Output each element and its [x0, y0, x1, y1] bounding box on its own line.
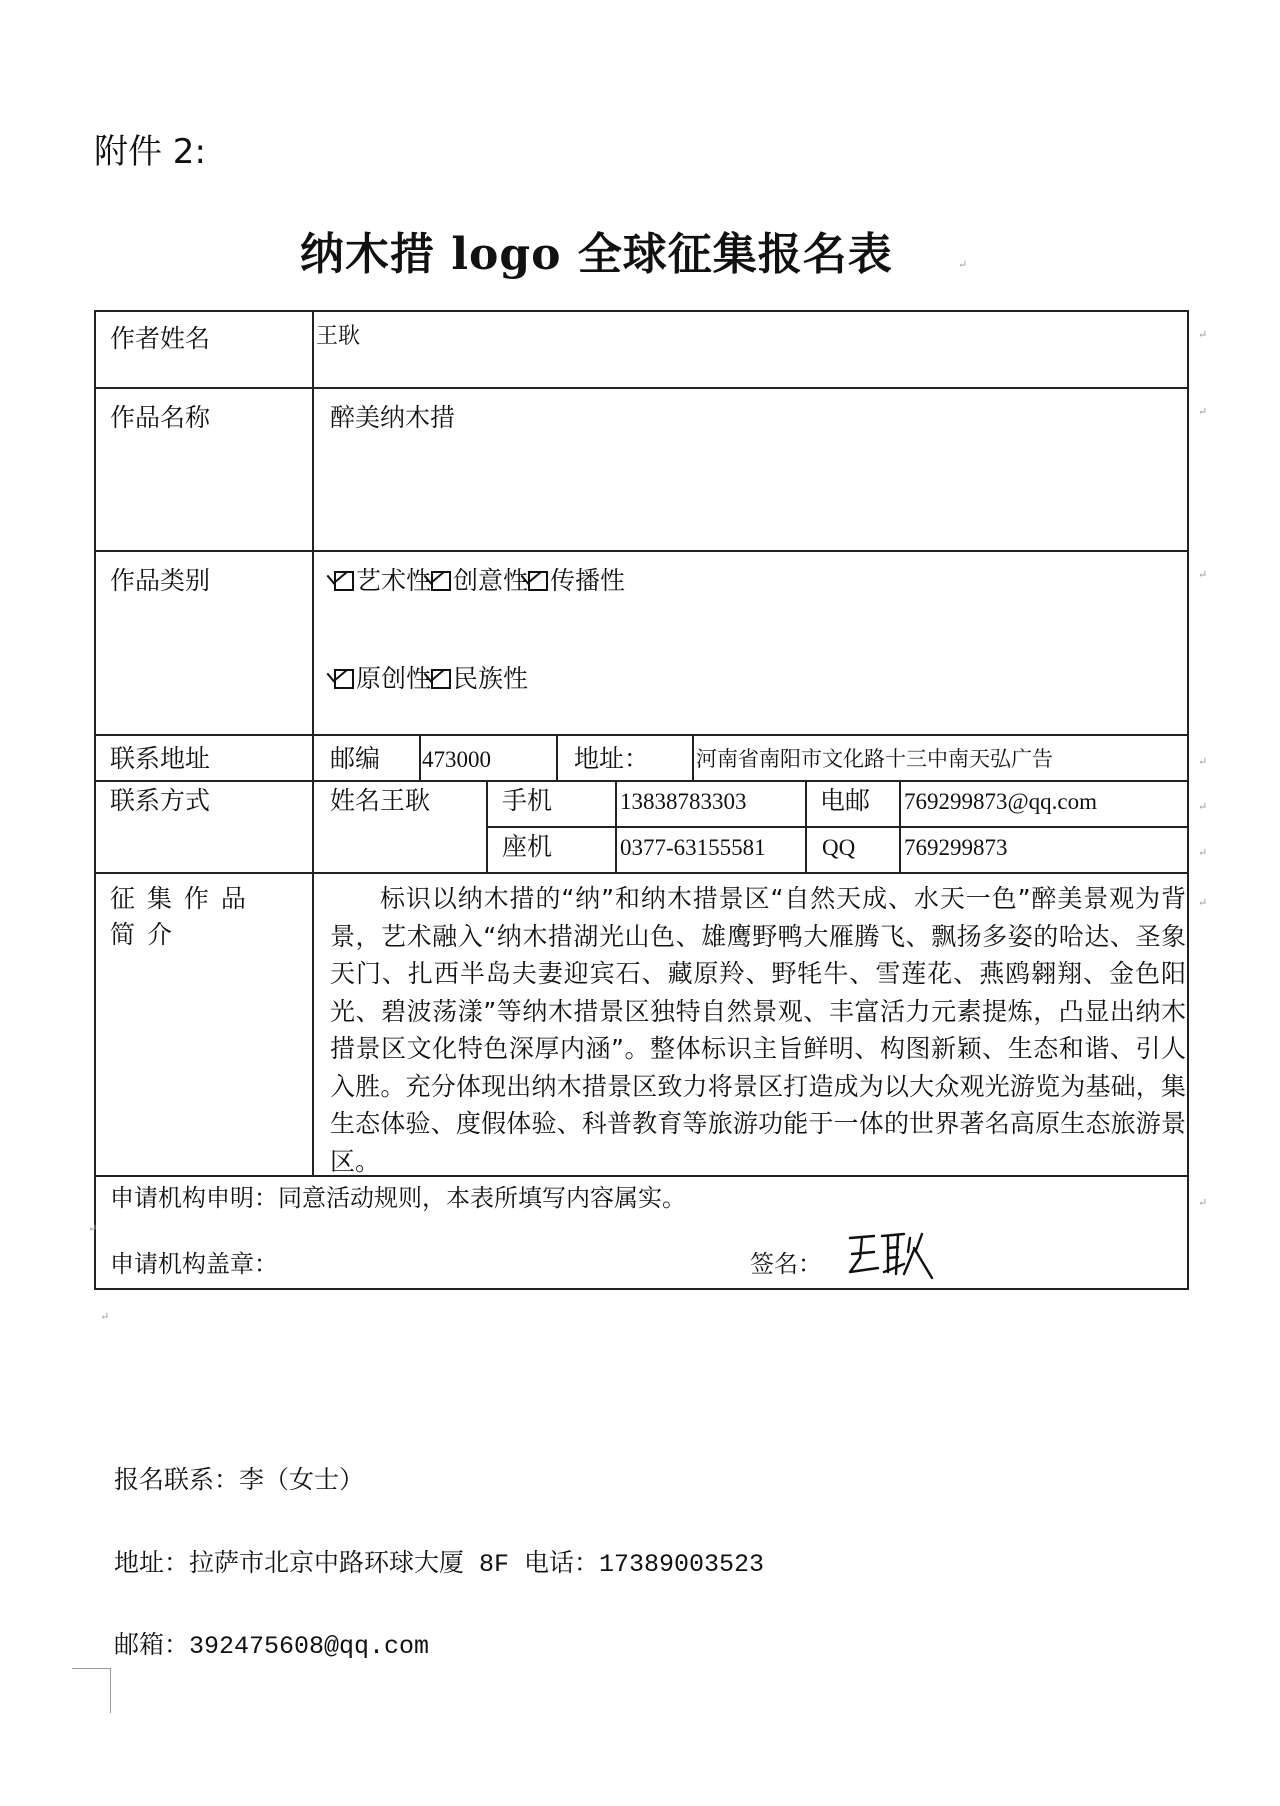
description-label-line-1: 征 集 作 品 [110, 886, 248, 911]
paragraph-mark: ↵ [1198, 328, 1207, 341]
paragraph-mark: ↵ [88, 1222, 97, 1235]
postcode-label: 邮编 [330, 746, 380, 771]
landline-label: 座机 [502, 834, 552, 859]
landline-value: 0377-63155581 [620, 836, 766, 859]
checkbox-ethnic[interactable] [431, 669, 451, 689]
handwritten-signature [844, 1228, 936, 1284]
option-creative: 创意性 [453, 566, 528, 595]
checkbox-artistic[interactable] [334, 571, 354, 591]
paragraph-mark: ↵ [1198, 568, 1207, 581]
work-title-value: 醉美纳木措 [330, 405, 455, 430]
option-communicative: 传播性 [550, 566, 625, 595]
option-artistic: 艺术性 [356, 566, 431, 595]
footer-contact: 报名联系：李（女士） [114, 1460, 364, 1496]
mobile-value: 13838783303 [620, 790, 747, 813]
work-category-label: 作品类别 [110, 568, 210, 593]
registration-form-table: 作者姓名 王耿 作品名称 醉美纳木措 作品类别 艺术性创意性传播性 原创性民族性… [94, 310, 1188, 1289]
description-text: 标识以纳木措的“纳”和纳木措景区“自然天成、水天一色”醉美景观为背景，艺术融入“… [330, 880, 1186, 1180]
description-label-line-2: 简 介 [110, 922, 174, 947]
paragraph-mark: ↵ [958, 258, 967, 271]
paragraph-mark: ↵ [1198, 755, 1207, 768]
address-label: 地址： [574, 746, 649, 771]
seal-label: 申请机构盖章： [110, 1252, 278, 1276]
checkbox-original[interactable] [334, 669, 354, 689]
paragraph-mark: ↵ [1198, 896, 1207, 909]
paragraph-mark: ↵ [100, 1310, 109, 1323]
category-options-row-1: 艺术性创意性传播性 [334, 568, 625, 593]
contact-name: 姓名王耿 [330, 788, 430, 813]
qq-value: 769299873 [904, 836, 1008, 859]
category-options-row-2: 原创性民族性 [334, 666, 528, 691]
work-title-label: 作品名称 [110, 405, 210, 430]
paragraph-mark: ↵ [1198, 846, 1207, 859]
signature-icon [844, 1228, 936, 1284]
attachment-label: 附件 2: [94, 124, 206, 173]
checkbox-communicative[interactable] [528, 571, 548, 591]
postcode-value: 473000 [422, 748, 491, 771]
declaration: 申请机构申明：同意活动规则，本表所填写内容属实。 [110, 1186, 686, 1210]
author-name-value: 王耿 [316, 326, 360, 348]
mobile-label: 手机 [502, 788, 552, 813]
option-ethnic: 民族性 [453, 664, 528, 693]
address-value: 河南省南阳市文化路十三中南天弘广告 [696, 749, 1053, 770]
footer-address: 地址：拉萨市北京中路环球大厦 8F 电话：17389003523 [114, 1543, 764, 1579]
contact-method-label: 联系方式 [110, 788, 210, 813]
signature-label: 签名： [750, 1252, 822, 1276]
paragraph-mark: ↵ [1198, 405, 1207, 418]
page-corner-mark [72, 1668, 111, 1713]
option-original: 原创性 [356, 664, 431, 693]
checkbox-creative[interactable] [431, 571, 451, 591]
author-name-label: 作者姓名 [110, 326, 210, 351]
qq-label: QQ [822, 836, 855, 859]
contact-address-label: 联系地址 [110, 746, 210, 771]
paragraph-mark: ↵ [1198, 800, 1207, 813]
email-label: 电邮 [820, 788, 870, 813]
email-value: 769299873@qq.com [904, 790, 1097, 813]
paragraph-mark: ↵ [1198, 1196, 1207, 1209]
page-title: 纳木措 logo 全球征集报名表 [300, 218, 893, 282]
footer-email: 邮箱：392475608@qq.com [114, 1625, 429, 1661]
